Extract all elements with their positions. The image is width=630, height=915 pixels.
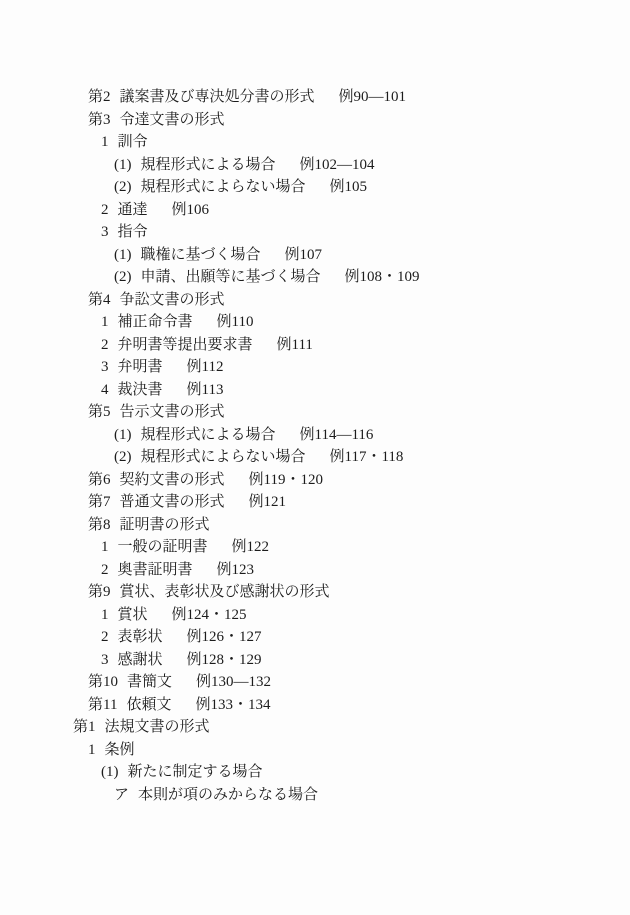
entry-title: 表彰状 [118,629,163,645]
entry-ref: 例110 [217,314,254,330]
entry-number: 1 [101,607,109,623]
entry-title: 弁明書等提出要求書 [118,337,253,353]
entry-title: 賞状、表彰状及び感謝状の形式 [120,584,330,600]
toc-entry: 第4争訟文書の形式 [0,289,630,312]
entry-title: 職権に基づく場合 [141,247,261,263]
toc-entry: 2奥書証明書例123 [0,559,630,582]
entry-number: 1 [101,539,109,555]
entry-ref: 例130―132 [196,674,271,690]
toc-entry: 第3令達文書の形式 [0,109,630,132]
entry-number: 第3 [88,112,111,128]
toc-entry: 2通達例106 [0,199,630,222]
toc-entry: 1一般の証明書例122 [0,536,630,559]
toc-entry: 第1法規文書の形式 [0,716,630,739]
entry-ref: 例114―116 [300,427,374,443]
entry-number: 第5 [88,404,111,420]
entry-title: 規程形式による場合 [141,427,276,443]
entry-number: 第6 [88,472,111,488]
entry-title: 指令 [118,224,148,240]
entry-ref: 例128・129 [187,652,262,668]
entry-ref: 例124・125 [172,607,247,623]
entry-ref: 例112 [187,359,224,375]
entry-title: 証明書の形式 [120,517,210,533]
entry-number: 第2 [88,89,111,105]
entry-ref: 例123 [217,562,255,578]
toc-entry: 第10書簡文例130―132 [0,671,630,694]
entry-title: 訓令 [118,134,148,150]
entry-number: (2) [114,179,132,195]
entry-title: 契約文書の形式 [120,472,225,488]
toc-entry: 第6契約文書の形式例119・120 [0,469,630,492]
entry-number: 第9 [88,584,111,600]
entry-title: 令達文書の形式 [120,112,225,128]
entry-ref: 例106 [172,202,210,218]
toc-entry: 第8証明書の形式 [0,514,630,537]
toc-entry: (1)規程形式による場合例102―104 [0,154,630,177]
entry-ref: 例105 [330,179,368,195]
entry-number: 2 [101,629,109,645]
entry-number: 第1 [73,719,96,735]
entry-number: 第7 [88,494,111,510]
toc-entry: 第7普通文書の形式例121 [0,491,630,514]
toc-entry: 1補正命令書例110 [0,311,630,334]
entry-number: ア [114,787,129,803]
entry-number: 第4 [88,292,111,308]
entry-number: (2) [114,449,132,465]
entry-title: 書簡文 [127,674,172,690]
entry-number: 第11 [88,697,117,713]
entry-title: 補正命令書 [118,314,193,330]
entry-number: 第8 [88,517,111,533]
entry-title: 弁明書 [118,359,163,375]
entry-ref: 例102―104 [300,157,375,173]
entry-number: (1) [114,427,132,443]
entry-number: 3 [101,359,109,375]
toc-entry: (2)規程形式によらない場合例105 [0,176,630,199]
entry-title: 賞状 [118,607,148,623]
entry-title: 規程形式による場合 [141,157,276,173]
toc-entry: 第9賞状、表彰状及び感謝状の形式 [0,581,630,604]
entry-number: 第10 [88,674,118,690]
toc-entry: 1賞状例124・125 [0,604,630,627]
toc-entry: 2表彰状例126・127 [0,626,630,649]
toc-entry: (1)新たに制定する場合 [0,761,630,784]
entry-number: 1 [88,742,96,758]
entry-ref: 例111 [277,337,313,353]
entry-ref: 例117・118 [330,449,404,465]
entry-number: 1 [101,134,109,150]
toc-entry: (2)規程形式によらない場合例117・118 [0,446,630,469]
entry-ref: 例107 [285,247,323,263]
toc-entry: 3弁明書例112 [0,356,630,379]
entry-title: 新たに制定する場合 [128,764,263,780]
entry-number: (1) [114,157,132,173]
toc-entry: 第11依頼文例133・134 [0,694,630,717]
entry-title: 法規文書の形式 [105,719,210,735]
entry-ref: 例121 [249,494,287,510]
entry-number: (1) [101,764,119,780]
entry-title: 申請、出願等に基づく場合 [141,269,321,285]
toc-entry: 1条例 [0,739,630,762]
entry-ref: 例126・127 [187,629,262,645]
document-page: 第2議案書及び専決処分書の形式例90―101第3令達文書の形式1訓令(1)規程形… [0,0,630,915]
toc-entry: 第2議案書及び専決処分書の形式例90―101 [0,86,630,109]
entry-number: 2 [101,562,109,578]
entry-number: 3 [101,224,109,240]
entry-number: 4 [101,382,109,398]
entry-ref: 例108・109 [345,269,420,285]
entry-title: 依頼文 [126,697,171,713]
entry-number: 3 [101,652,109,668]
entry-title: 規程形式によらない場合 [141,449,306,465]
toc-entry: 3感謝状例128・129 [0,649,630,672]
entry-title: 争訟文書の形式 [120,292,225,308]
entry-number: (1) [114,247,132,263]
toc-list: 第2議案書及び専決処分書の形式例90―101第3令達文書の形式1訓令(1)規程形… [0,0,630,806]
entry-number: 2 [101,202,109,218]
toc-entry: 2弁明書等提出要求書例111 [0,334,630,357]
toc-entry: (2)申請、出願等に基づく場合例108・109 [0,266,630,289]
entry-ref: 例122 [232,539,270,555]
entry-title: 感謝状 [118,652,163,668]
entry-title: 告示文書の形式 [120,404,225,420]
entry-title: 奥書証明書 [118,562,193,578]
entry-number: 1 [101,314,109,330]
entry-title: 通達 [118,202,148,218]
entry-title: 普通文書の形式 [120,494,225,510]
entry-number: (2) [114,269,132,285]
toc-entry: 3指令 [0,221,630,244]
entry-ref: 例113 [187,382,224,398]
toc-entry: (1)職権に基づく場合例107 [0,244,630,267]
toc-entry: ア本則が項のみからなる場合 [0,784,630,807]
entry-ref: 例119・120 [249,472,323,488]
entry-ref: 例90―101 [339,89,407,105]
entry-title: 規程形式によらない場合 [141,179,306,195]
entry-title: 裁決書 [118,382,163,398]
toc-entry: (1)規程形式による場合例114―116 [0,424,630,447]
toc-entry: 第5告示文書の形式 [0,401,630,424]
entry-ref: 例133・134 [195,697,270,713]
entry-title: 本則が項のみからなる場合 [138,787,318,803]
entry-title: 条例 [105,742,135,758]
toc-entry: 4裁決書例113 [0,379,630,402]
entry-number: 2 [101,337,109,353]
entry-title: 議案書及び専決処分書の形式 [120,89,315,105]
entry-title: 一般の証明書 [118,539,208,555]
toc-entry: 1訓令 [0,131,630,154]
